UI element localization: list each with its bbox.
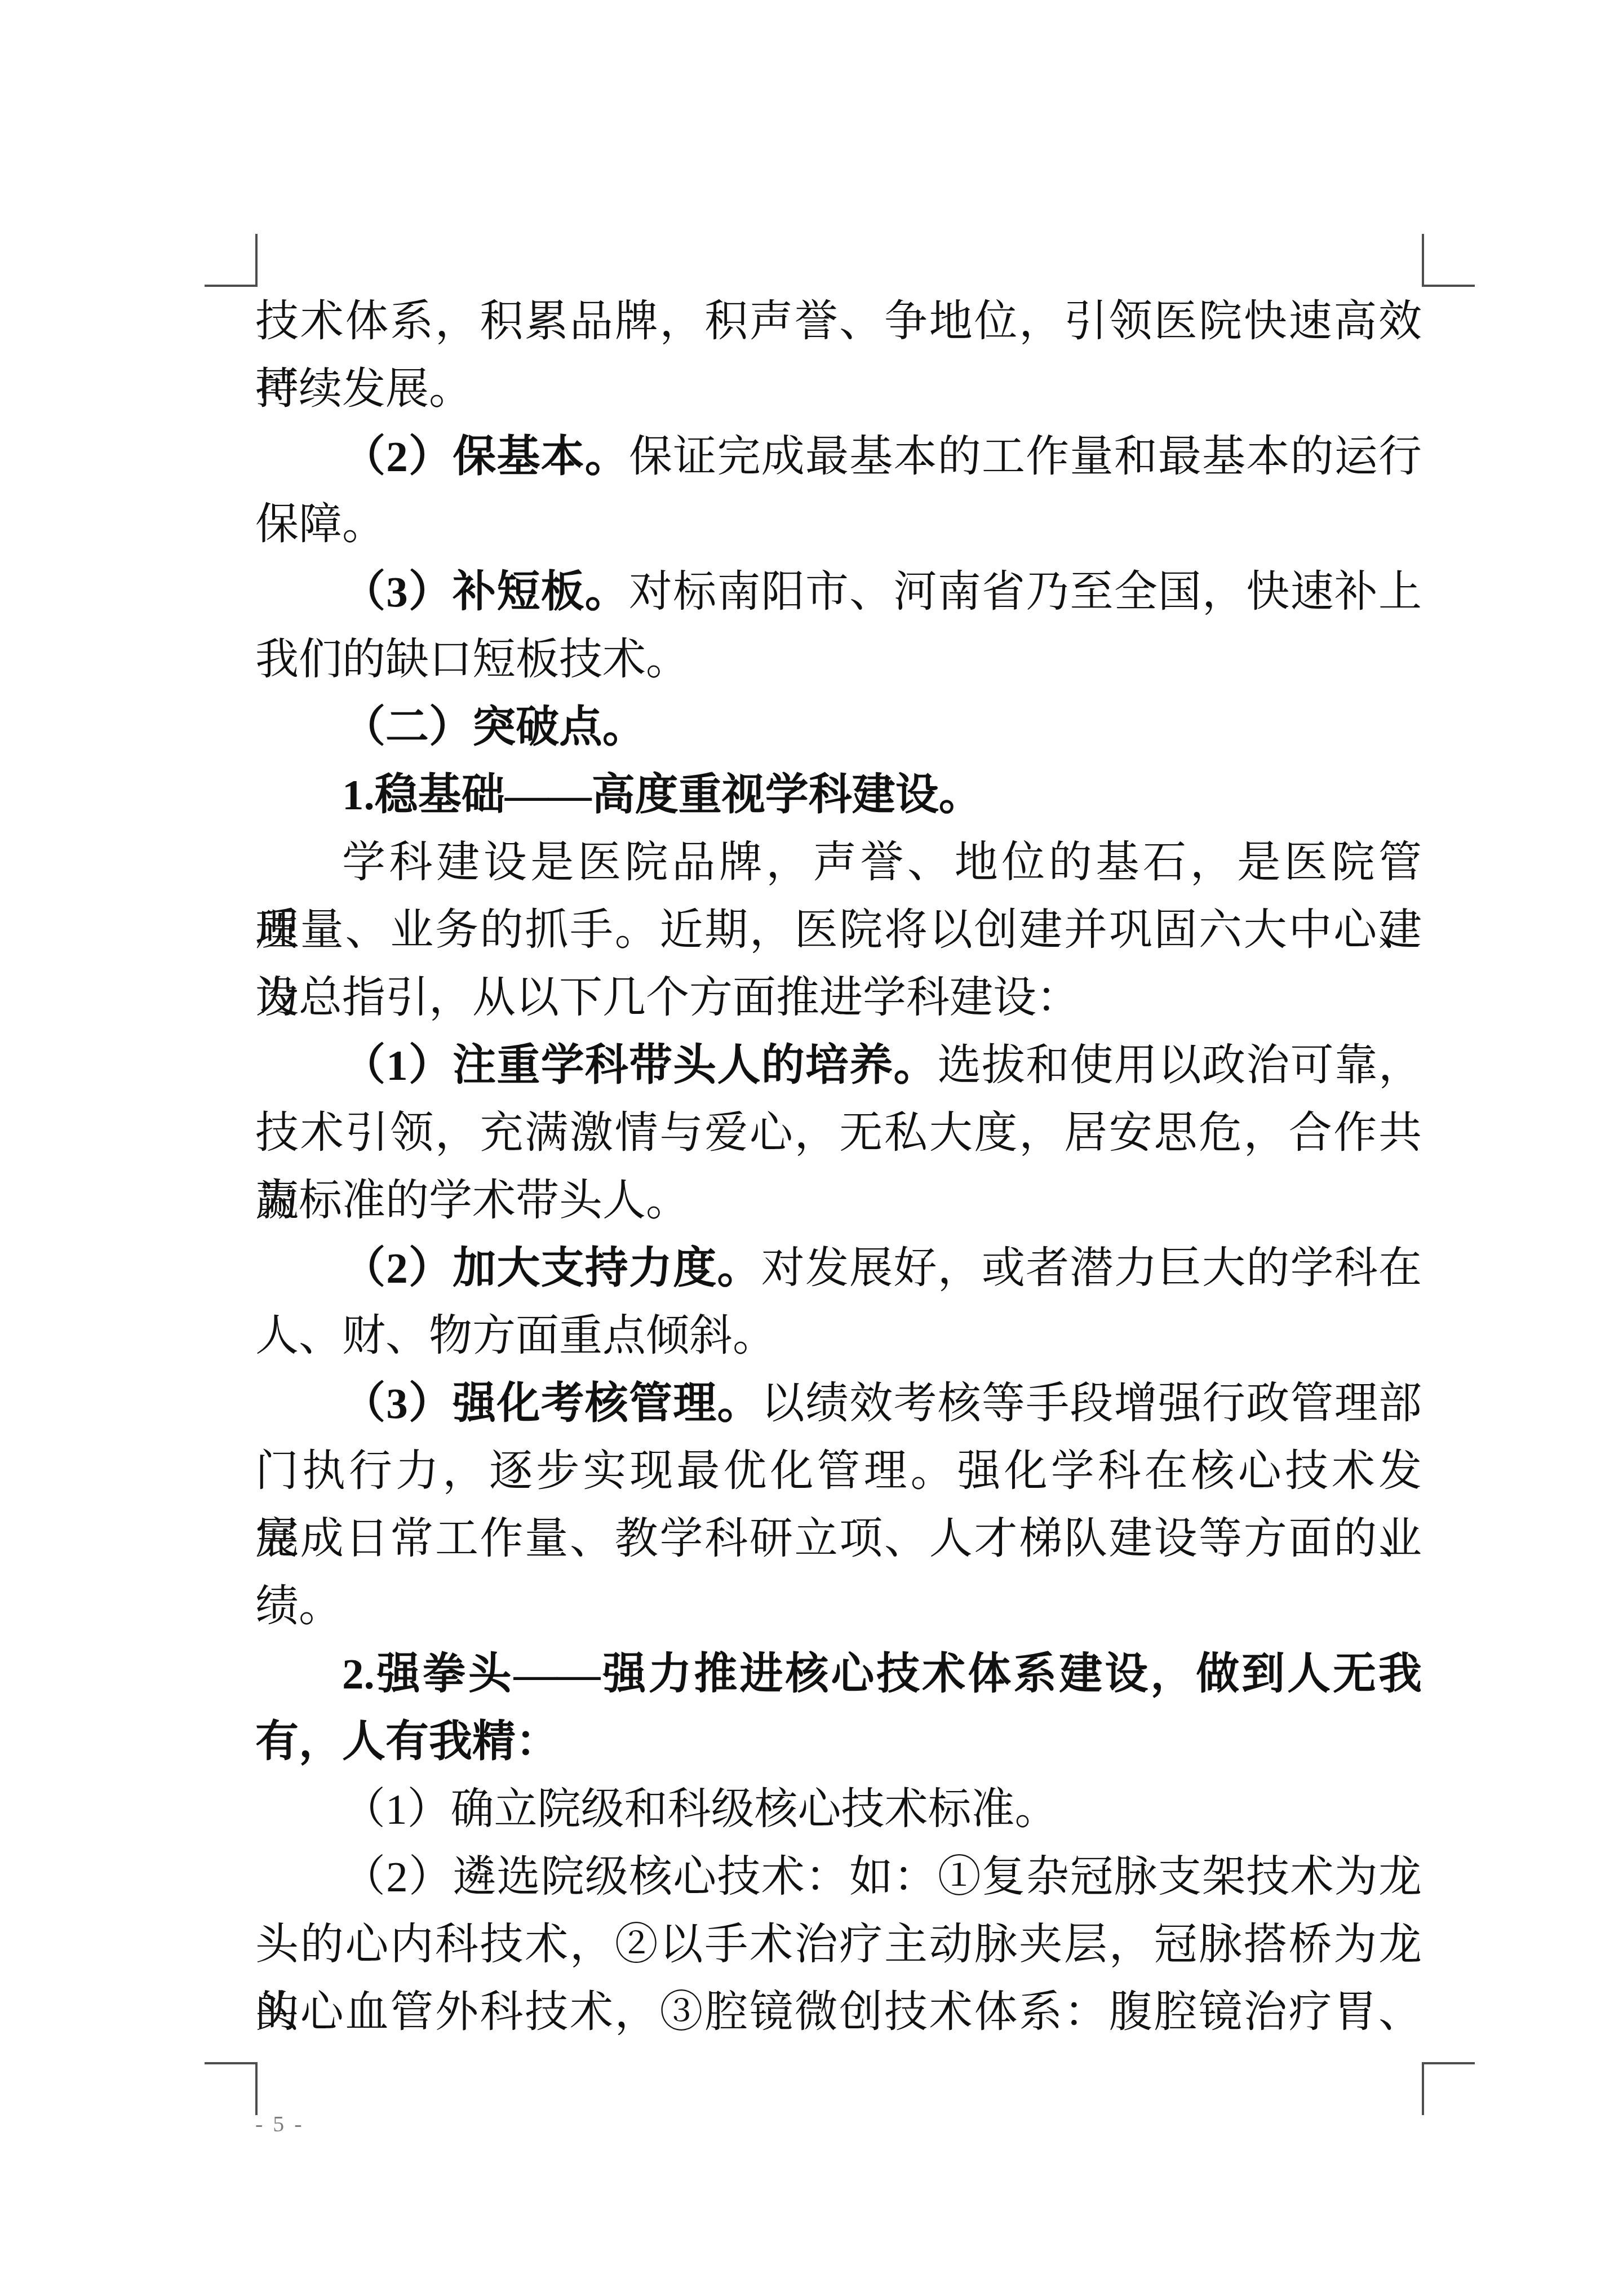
text-line: 完成日常工作量、教学科研立项、人才梯队建设等方面的业 xyxy=(255,1505,1422,1572)
text-line: 人、财、物方面重点倾斜。 xyxy=(255,1302,1422,1369)
text-boundary-mark-top-right xyxy=(1422,234,1475,287)
text-line: （1）确立院级和科级核心技术标准。 xyxy=(255,1775,1422,1843)
text-line: 的心血管外科技术，③腔镜微创技术体系：腹腔镜治疗胃、 xyxy=(255,1978,1422,2046)
text-line: 持续发展。 xyxy=(255,355,1422,423)
text-line: （1）注重学科带头人的培养。选拔和使用以政治可靠， xyxy=(255,1031,1422,1099)
text-line: （2）加大支持力度。对发展好，或者潜力巨大的学科在 xyxy=(255,1234,1422,1302)
text-line: 我们的缺口短板技术。 xyxy=(255,626,1422,693)
text-boundary-mark-bottom-left xyxy=(205,2062,258,2115)
text-line: 绩。 xyxy=(255,1572,1422,1640)
text-line: 有，人有我精： xyxy=(255,1708,1422,1775)
document-page: 技术体系，积累品牌，积声誉、争地位，引领医院快速高效可持续发展。（2）保基本。保… xyxy=(0,0,1623,2296)
page-number: - 5 - xyxy=(255,2111,304,2138)
text-line: （2）遴选院级核心技术：如：①复杂冠脉支架技术为龙 xyxy=(255,1843,1422,1911)
text-line: 技术引领，充满激情与爱心，无私大度，居安思危，合作共赢 xyxy=(255,1099,1422,1167)
text-line: （二）突破点。 xyxy=(255,693,1422,761)
document-text: 技术体系，积累品牌，积声誉、争地位，引领医院快速高效可持续发展。（2）保基本。保… xyxy=(255,287,1422,2046)
text-boundary-mark-top-left xyxy=(205,234,258,287)
text-line: 为标准的学术带头人。 xyxy=(255,1167,1422,1234)
text-boundary-mark-bottom-right xyxy=(1422,2062,1475,2115)
text-line: （3）补短板。对标南阳市、河南省乃至全国，快速补上 xyxy=(255,558,1422,626)
text-line: （2）保基本。保证完成最基本的工作量和最基本的运行 xyxy=(255,423,1422,490)
text-line: 1.稳基础——高度重视学科建设。 xyxy=(255,761,1422,828)
text-line: 保障。 xyxy=(255,490,1422,558)
text-line: 为总指引，从以下几个方面推进学科建设： xyxy=(255,964,1422,1031)
text-line: 门执行力，逐步实现最优化管理。强化学科在核心技术发展、 xyxy=(255,1437,1422,1505)
text-line: 质量、业务的抓手。近期，医院将以创建并巩固六大中心建设 xyxy=(255,896,1422,964)
text-line: 学科建设是医院品牌，声誉、地位的基石，是医院管理、 xyxy=(255,828,1422,896)
text-line: 头的心内科技术，②以手术治疗主动脉夹层，冠脉搭桥为龙头 xyxy=(255,1911,1422,1978)
text-line: （3）强化考核管理。以绩效考核等手段增强行政管理部 xyxy=(255,1369,1422,1437)
text-line: 技术体系，积累品牌，积声誉、争地位，引领医院快速高效可 xyxy=(255,287,1422,355)
text-line: 2.强拳头——强力推进核心技术体系建设，做到人无我 xyxy=(255,1640,1422,1708)
